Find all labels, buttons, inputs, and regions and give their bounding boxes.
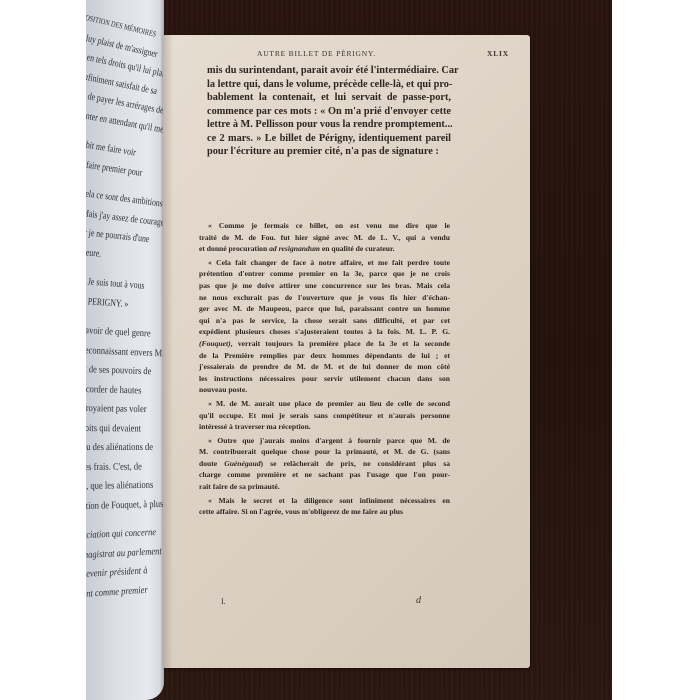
- quote-line: ne nous exclurait pas de l'ouverture que…: [199, 292, 450, 304]
- quote-paragraph: « Outre que j'aurais moins d'argent à fo…: [199, 435, 450, 493]
- quote-line: expédient plusieurs choses s'ajusteraien…: [199, 326, 450, 338]
- left-page-line: ir je ne pourrais d'une: [86, 227, 150, 245]
- page-header: AUTRE BILLET DE PÉRIGNY. XLIX: [217, 49, 509, 61]
- quote-line: qui n'a pas le service, la chose serait …: [199, 315, 450, 327]
- quote-line: doute Guénégaud) se relâcherait de prix,…: [199, 458, 450, 470]
- left-page-line: reconnaissant envers M.: [86, 345, 164, 359]
- left-page-line: Mais j'ay assez de courage pour: [86, 208, 164, 231]
- quote-line: rait faire de sa primauté.: [199, 481, 450, 493]
- spine-shadow: [163, 35, 173, 668]
- left-page-line: u, que les aliénations: [86, 480, 153, 492]
- body-line: lettre à M. Pellisson pour vous la rendr…: [207, 118, 451, 132]
- left-page-line: t faire premier pour: [86, 159, 143, 179]
- left-page-line: magistrat au parlement: [86, 546, 162, 561]
- right-page: AUTRE BILLET DE PÉRIGNY. XLIX mis du sur…: [163, 35, 530, 668]
- running-head: AUTRE BILLET DE PÉRIGNY.: [257, 49, 376, 58]
- quote-line: qu'il occupe. Et moi je serais sans comp…: [199, 410, 450, 422]
- left-page-line: ant comme premier: [86, 584, 148, 599]
- quote-line: M. contribuerait quelque chose pour la p…: [199, 446, 450, 458]
- quote-paragraph: « M. de M. aurait une place de premier a…: [199, 398, 450, 433]
- quote-line: « Outre que j'aurais moins d'argent à fo…: [199, 435, 450, 447]
- left-page-line: savoir de quel genre: [86, 325, 151, 339]
- body-line: pour l'écriture au premier cité, n'a pas…: [207, 145, 451, 159]
- quote-paragraph: « Comme je fermais ce billet, on est ven…: [199, 220, 450, 255]
- left-page-line: ociation qui concerne: [86, 527, 156, 541]
- left-page-line: ubit me faire voir: [86, 139, 137, 158]
- left-page-line: heure.: [86, 247, 102, 260]
- sheet-mark: d: [416, 595, 421, 606]
- quote-line: les instructions nécessaires pour servir…: [199, 373, 450, 385]
- quote-line: et donné procuration ad resignandum en q…: [199, 243, 450, 255]
- body-line: commence par ces mots : « On m'a prié d'…: [207, 105, 451, 119]
- left-page-line: « PERIGNY. »: [86, 296, 129, 310]
- quote-line: « Comme je fermais ce billet, on est ven…: [199, 220, 450, 232]
- left-page-line: ou des aliénations de: [86, 442, 153, 453]
- body-line: bablement la contenait, et lui servait d…: [207, 91, 451, 105]
- left-page-line: it de ses pouvoirs de: [86, 364, 152, 377]
- left-page-line: roits qui devaient: [86, 423, 141, 434]
- left-page-line: les frais. C'est, de: [86, 461, 142, 473]
- left-page-line: croyaient pas voler: [86, 403, 147, 415]
- body-line: mis du surintendant, parait avoir été l'…: [207, 64, 451, 78]
- quote-line: « M. de M. aurait une place de premier a…: [199, 398, 450, 410]
- left-page-line: devenir président à: [86, 565, 148, 580]
- quote-line: j'essaierais de prendre de M. de M. et d…: [199, 361, 450, 373]
- quote-paragraph: « Mais le secret et la diligence sont in…: [199, 495, 450, 518]
- left-page: POSITION DES MÉMOIRESl luy plaist de m'a…: [86, 0, 164, 700]
- quote-line: « Cela fait changer de face à notre affa…: [199, 257, 450, 269]
- quote-line: prétention d'entrer comme premier en la …: [199, 268, 450, 280]
- quote-line: (Fouquet), verrait toujours la première …: [199, 338, 450, 350]
- body-line: la lettre qui, dans le volume, précède c…: [207, 78, 451, 92]
- quote-paragraph: « Cela fait changer de face à notre affa…: [199, 257, 450, 396]
- quote-line: nouveau poste.: [199, 384, 450, 396]
- quote-line: intéressé à traverser ma réception.: [199, 421, 450, 433]
- left-page-line: « Je suis tout à vous: [86, 276, 145, 292]
- quote-line: ger avec M. de Maupeou, parce que lui, p…: [199, 303, 450, 315]
- body-line: ce 2 mars. » Le billet de Périgny, ident…: [207, 132, 451, 146]
- left-page-line: cela ce sont des ambitions: [86, 188, 163, 209]
- page-number: XLIX: [487, 49, 509, 58]
- left-page-line: ation de Fouquet, à plus: [86, 498, 164, 511]
- signature-mark: I.: [221, 597, 226, 606]
- quote-line: cette affaire. Si on l'agrée, vous m'obl…: [199, 506, 450, 518]
- quote-line: traité de M. de Fou. fut hier signé avec…: [199, 232, 450, 244]
- left-page-line: ccorder de hautes: [86, 384, 142, 396]
- quoted-letter: « Comme je fermais ce billet, on est ven…: [199, 220, 450, 520]
- body-paragraph: mis du surintendant, parait avoir été l'…: [207, 64, 451, 159]
- quote-line: pas que je me doive attirer une concurre…: [199, 280, 450, 292]
- quote-line: de la Première remplies par deux hommes …: [199, 350, 450, 362]
- quote-line: « Mais le secret et la diligence sont in…: [199, 495, 450, 507]
- quote-line: charge comme première et ne sachant pas …: [199, 469, 450, 481]
